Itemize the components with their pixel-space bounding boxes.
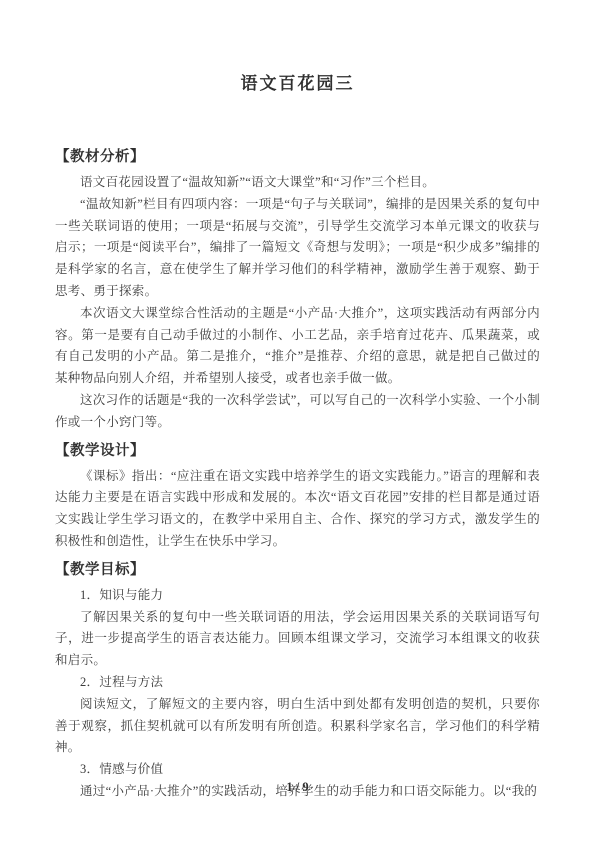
paragraph: 这次习作的话题是“我的一次科学尝试”，可以写自己的一次科学小实验、一个小制作或一… xyxy=(55,390,540,434)
paragraph: 阅读短文，了解短文的主要内容，明白生活中到处都有发明创造的契机，只要你善于观察，… xyxy=(55,694,540,759)
paragraph: 语文百花园设置了“温故知新”“语文大课堂”和“习作”三个栏目。 xyxy=(55,172,540,194)
paragraph: 了解因果关系的复句中一些关联词语的用法，学会运用因果关系的关联词语写句子，进一步… xyxy=(55,607,540,672)
paragraph: 本次语文大课堂综合性活动的主题是“小产品·大推介”，这项实践活动有两部分内容。第… xyxy=(55,303,540,390)
document-page: 语文百花园三 【教材分析】 语文百花园设置了“温故知新”“语文大课堂”和“习作”… xyxy=(0,0,595,841)
list-item-knowledge-ability: 1．知识与能力 xyxy=(55,585,540,607)
list-item-process-method: 2．过程与方法 xyxy=(55,672,540,694)
document-title: 语文百花园三 xyxy=(55,72,540,96)
list-item-emotion-value: 3．情感与价值 xyxy=(55,759,540,781)
paragraph: 《课标》指出：“应注重在语文实践中培养学生的语文实践能力。”语言的理解和表达能力… xyxy=(55,466,540,553)
section-heading-teaching-goals: 【教学目标】 xyxy=(55,559,540,581)
page-number: 1 / 9 xyxy=(0,780,595,795)
section-heading-teaching-design: 【教学设计】 xyxy=(55,440,540,462)
paragraph: “温故知新”栏目有四项内容：一项是“句子与关联词”，编排的是因果关系的复句中一些… xyxy=(55,194,540,303)
section-heading-material-analysis: 【教材分析】 xyxy=(55,146,540,168)
